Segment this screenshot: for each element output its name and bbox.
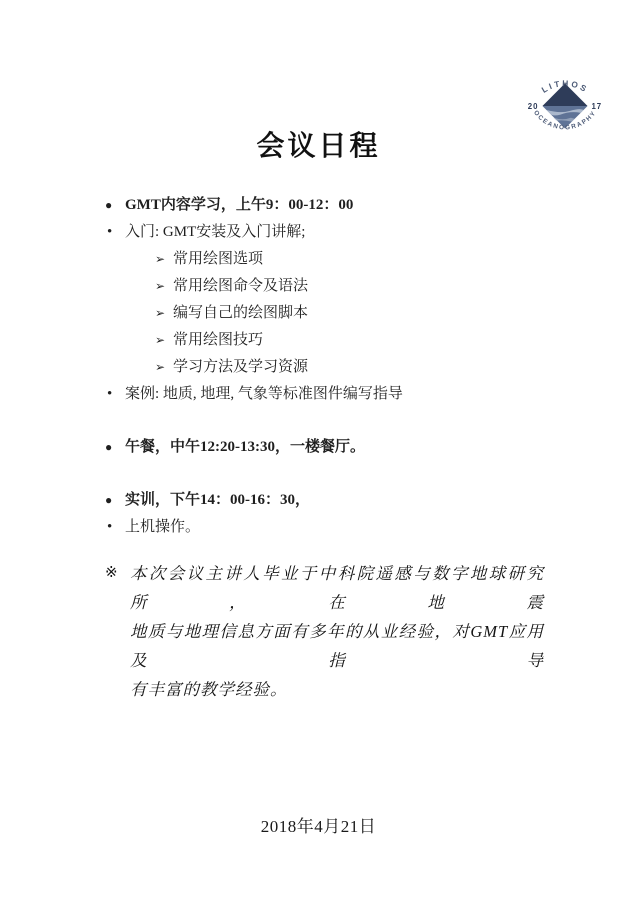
note-marker: ※ [105, 559, 130, 704]
agenda-item-label: 常用绘图选项 [173, 246, 263, 273]
agenda-item-label: 上机操作。 [125, 514, 200, 541]
agenda-item: • 案例: 地质, 地理, 气象等标准图件编写指导 [105, 381, 637, 408]
bullet-icon: ● [105, 192, 125, 219]
agenda-item: ➢ 常用绘图命令及语法 [105, 273, 637, 300]
note-line: 地质与地理信息方面有多年的从业经验，对GMT应用及指导 [130, 617, 544, 675]
agenda-item: ● GMT内容学习，上午9：00-12：00 [105, 192, 637, 219]
agenda-item: ➢ 学习方法及学习资源 [105, 354, 637, 381]
document-page: LITHOS OCEANOGRAPHY 20 17 会议日程 ● GMT内容学习… [0, 0, 637, 900]
agenda-item-label: 编写自己的绘图脚本 [173, 300, 308, 327]
note-line: 有丰富的教学经验。 [130, 675, 544, 704]
agenda-item-label: 案例: 地质, 地理, 气象等标准图件编写指导 [125, 381, 403, 408]
logo-year-right: 17 [591, 102, 602, 111]
bullet-icon: • [105, 381, 125, 408]
lithos-logo: LITHOS OCEANOGRAPHY 20 17 [516, 55, 614, 153]
bullet-icon: ➢ [155, 354, 173, 381]
bullet-icon: ➢ [155, 300, 173, 327]
bullet-icon: ➢ [155, 246, 173, 273]
event-date: 2018年4月21日 [0, 812, 637, 837]
bullet-icon: ➢ [155, 327, 173, 354]
note-text: 本次会议主讲人毕业于中科院遥感与数字地球研究所，在地震地质与地理信息方面有多年的… [130, 559, 544, 704]
agenda-item: • 上机操作。 [105, 514, 637, 541]
agenda-item-label: 入门: GMT安装及入门讲解; [125, 219, 305, 246]
agenda-item-label: 学习方法及学习资源 [173, 354, 308, 381]
bullet-icon: • [105, 219, 125, 246]
agenda-item: ➢ 常用绘图技巧 [105, 327, 637, 354]
bullet-icon: ● [105, 487, 125, 514]
agenda-item: • 入门: GMT安装及入门讲解; [105, 219, 637, 246]
agenda-item-label: 常用绘图命令及语法 [173, 273, 308, 300]
agenda-item: ➢ 常用绘图选项 [105, 246, 637, 273]
logo-year-left: 20 [528, 102, 539, 111]
bullet-icon: ● [105, 434, 125, 461]
bullet-icon: ➢ [155, 273, 173, 300]
agenda-item-label: 实训，下午14：00-16：30， [125, 487, 310, 514]
agenda-list: ● GMT内容学习，上午9：00-12：00 • 入门: GMT安装及入门讲解;… [0, 192, 637, 541]
agenda-item-label: 午餐，中午12:20-13:30，一楼餐厅。 [125, 434, 365, 461]
agenda-item: ● 实训，下午14：00-16：30， [105, 487, 637, 514]
agenda-item: ➢ 编写自己的绘图脚本 [105, 300, 637, 327]
speaker-note: ※ 本次会议主讲人毕业于中科院遥感与数字地球研究所，在地震地质与地理信息方面有多… [0, 559, 637, 704]
bullet-icon: • [105, 514, 125, 541]
agenda-item: ● 午餐，中午12:20-13:30，一楼餐厅。 [105, 434, 637, 461]
agenda-item-label: 常用绘图技巧 [173, 327, 263, 354]
agenda-item-label: GMT内容学习，上午9：00-12：00 [125, 192, 353, 219]
note-line: 本次会议主讲人毕业于中科院遥感与数字地球研究所，在地震 [130, 559, 544, 617]
lithos-logo-graphic: LITHOS OCEANOGRAPHY 20 17 [516, 55, 614, 153]
